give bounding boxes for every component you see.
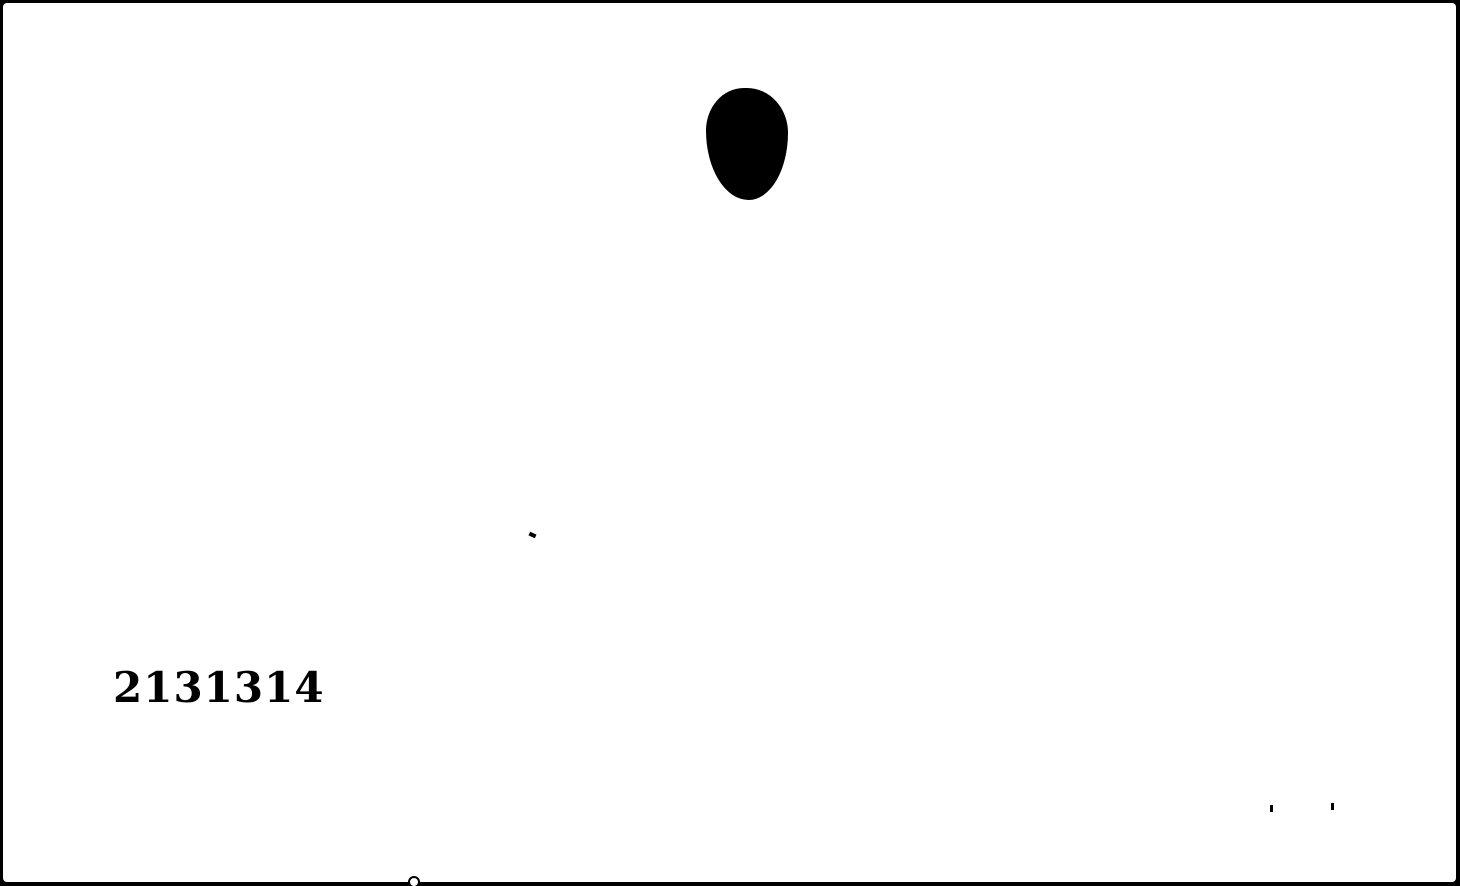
speck — [1331, 803, 1334, 810]
serial-number: 2131314 — [113, 663, 325, 712]
speck — [528, 532, 536, 539]
bottom-mark — [408, 876, 420, 886]
punch-hole — [706, 88, 788, 200]
card: 2131314 — [3, 3, 1456, 882]
speck — [1270, 805, 1273, 812]
